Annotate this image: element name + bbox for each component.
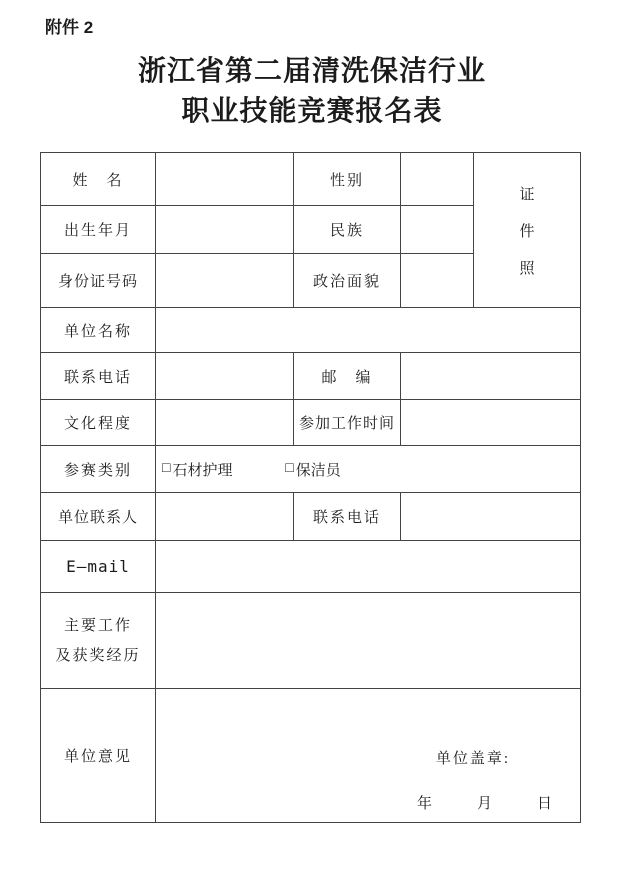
experience-label-line1: 主要工作: [41, 611, 155, 641]
id-photo-cell[interactable]: 证 件 照: [474, 153, 581, 308]
id-number-label: 身份证号码: [41, 254, 156, 308]
company-name-value-cell[interactable]: [156, 308, 581, 353]
education-value-cell[interactable]: [156, 400, 294, 446]
email-label: E—mail: [41, 541, 156, 593]
option-cleaner[interactable]: □ 保洁员: [285, 459, 340, 480]
company-name-label: 单位名称: [41, 308, 156, 353]
contact-phone-label: 联系电话: [294, 493, 401, 541]
experience-label: 主要工作 及获奖经历: [41, 593, 156, 689]
category-label: 参赛类别: [41, 446, 156, 493]
phone-value-cell[interactable]: [156, 353, 294, 400]
work-start-label: 参加工作时间: [294, 400, 401, 446]
option-cleaner-label: 保洁员: [296, 459, 341, 480]
company-contact-value-cell[interactable]: [156, 493, 294, 541]
gender-value-cell[interactable]: [401, 153, 474, 206]
category-options-cell: □ 石材护理 □ 保洁员: [156, 446, 581, 493]
birth-date-value-cell[interactable]: [156, 206, 294, 254]
postal-code-label: 邮 编: [294, 353, 401, 400]
political-status-value-cell[interactable]: [401, 254, 474, 308]
form-title-line1: 浙江省第二届清洗保洁行业: [0, 51, 624, 91]
photo-char-1: 证: [519, 183, 534, 204]
id-number-value-cell[interactable]: [156, 254, 294, 308]
company-contact-label: 单位联系人: [41, 493, 156, 541]
experience-value-cell[interactable]: [156, 593, 581, 689]
birth-date-label: 出生年月: [41, 206, 156, 254]
contact-phone-value-cell[interactable]: [401, 493, 581, 541]
form-title-line2: 职业技能竞赛报名表: [0, 91, 624, 131]
postal-code-value-cell[interactable]: [401, 353, 581, 400]
attachment-label: 附件 2: [45, 13, 93, 38]
company-opinion-label: 单位意见: [41, 689, 156, 823]
name-label: 姓 名: [41, 153, 156, 206]
gender-label: 性别: [294, 153, 401, 206]
political-status-label: 政治面貌: [294, 254, 401, 308]
name-value-cell[interactable]: [156, 153, 294, 206]
checkbox-unchecked-icon[interactable]: □: [285, 462, 293, 476]
ethnicity-value-cell[interactable]: [401, 206, 474, 254]
registration-form-table: 姓 名 性别 证 件 照 出生年月 民族 身份证号码 政治面貌: [40, 152, 581, 823]
company-seal-label: 单位盖章:: [436, 747, 510, 768]
signature-date-label: 年 月 日: [417, 792, 552, 813]
work-start-value-cell[interactable]: [401, 400, 581, 446]
ethnicity-label: 民族: [294, 206, 401, 254]
photo-char-3: 照: [519, 257, 534, 278]
form-title: 浙江省第二届清洗保洁行业 职业技能竞赛报名表: [0, 51, 624, 131]
company-opinion-value-cell[interactable]: 单位盖章: 年 月 日: [156, 689, 581, 823]
checkbox-unchecked-icon[interactable]: □: [162, 462, 170, 476]
phone-label: 联系电话: [41, 353, 156, 400]
experience-label-line2: 及获奖经历: [41, 641, 155, 671]
id-photo-placeholder: 证 件 照: [474, 183, 580, 278]
education-label: 文化程度: [41, 400, 156, 446]
photo-char-2: 件: [519, 220, 534, 241]
document-page: 附件 2 浙江省第二届清洗保洁行业 职业技能竞赛报名表 姓 名 性别 证 件 照: [0, 0, 624, 879]
email-value-cell[interactable]: [156, 541, 581, 593]
option-stone-care-label: 石材护理: [172, 459, 232, 480]
option-stone-care[interactable]: □ 石材护理: [162, 459, 232, 480]
